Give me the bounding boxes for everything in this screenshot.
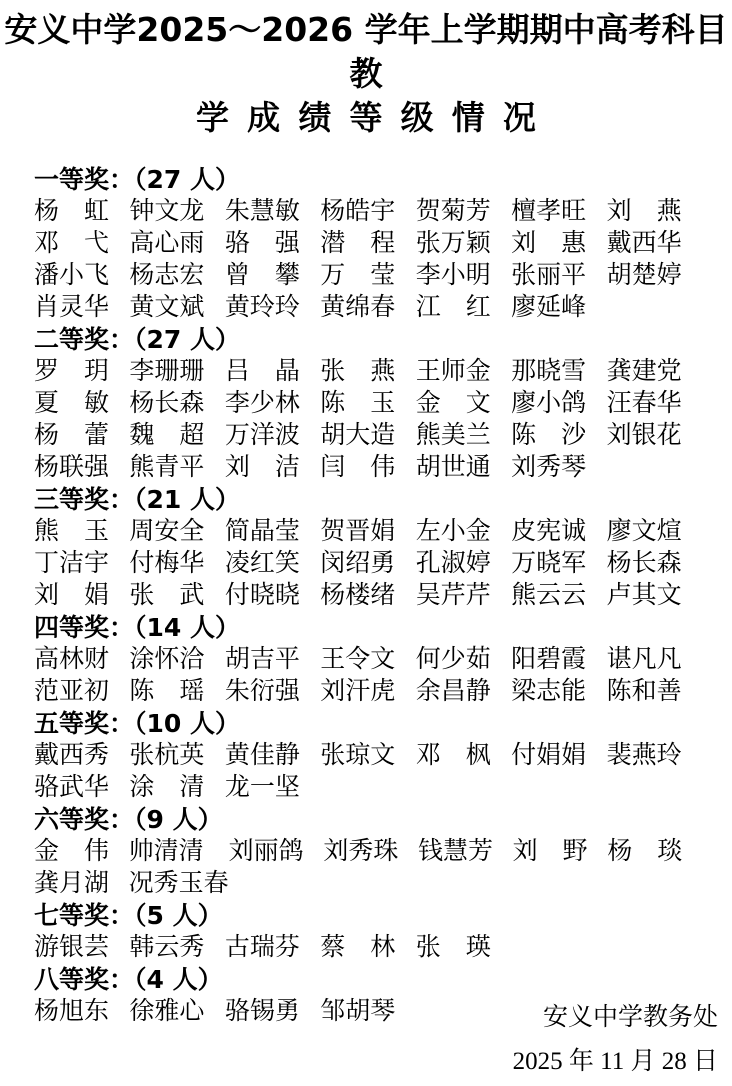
page-title-line1: 安义中学2025～2026 学年上学期期中高考科目教 — [0, 8, 732, 96]
award-section: 二等奖：（27 人） 罗 玥李珊珊吕 晶张 燕王师金那晓雪龚建党夏 敏杨长森李少… — [34, 324, 702, 484]
award-name: 陈 瑶 — [129, 676, 224, 708]
award-name: 朱衍强 — [225, 676, 320, 708]
award-name: 张琼文 — [320, 740, 415, 772]
award-name: 简晶莹 — [225, 516, 320, 548]
award-name: 陈 沙 — [511, 420, 606, 452]
award-name: 蔡 林 — [320, 932, 415, 964]
award-name: 汪春华 — [607, 388, 702, 420]
award-name: 张 燕 — [320, 356, 415, 388]
award-name: 吕 晶 — [225, 356, 320, 388]
award-name: 杨长森 — [129, 388, 224, 420]
award-name: 黄佳静 — [225, 740, 320, 772]
award-section-header: 三等奖：（21 人） — [34, 484, 702, 516]
page-title: 安义中学2025～2026 学年上学期期中高考科目教 学成绩等级情况 — [0, 0, 732, 140]
award-name: 阳碧霞 — [511, 644, 606, 676]
award-name: 邹胡琴 — [320, 996, 415, 1028]
award-name: 檀孝旺 — [511, 196, 606, 228]
award-name: 何少茹 — [416, 644, 511, 676]
award-name: 陈和善 — [607, 676, 702, 708]
award-name: 刘银花 — [607, 420, 702, 452]
footer-date: 2025 年 11 月 28 日 — [513, 1046, 718, 1078]
award-name: 潘小飞 — [34, 260, 129, 292]
award-name: 韩云秀 — [129, 932, 224, 964]
award-name: 戴西华 — [607, 228, 702, 260]
award-name: 钟文龙 — [129, 196, 224, 228]
award-name: 邓 弋 — [34, 228, 129, 260]
award-name: 游银芸 — [34, 932, 129, 964]
award-name: 邓 枫 — [416, 740, 511, 772]
award-name: 夏 敏 — [34, 388, 129, 420]
award-name: 刘 娟 — [34, 580, 129, 612]
award-name: 范亚初 — [34, 676, 129, 708]
award-name: 潜 程 — [320, 228, 415, 260]
award-name: 朱慧敏 — [225, 196, 320, 228]
award-name: 江 红 — [416, 292, 511, 324]
award-name: 李珊珊 — [129, 356, 224, 388]
award-name: 熊 玉 — [34, 516, 129, 548]
award-name: 贺晋娟 — [320, 516, 415, 548]
award-name: 付梅华 — [129, 548, 224, 580]
award-name: 骆 强 — [225, 228, 320, 260]
award-name: 万 莹 — [320, 260, 415, 292]
award-name: 闫 伟 — [320, 452, 415, 484]
award-section-header: 六等奖：（9 人） — [34, 804, 702, 836]
award-section-header: 四等奖：（14 人） — [34, 612, 702, 644]
award-name: 李小明 — [416, 260, 511, 292]
award-name: 杨皓宇 — [320, 196, 415, 228]
award-section-header: 二等奖：（27 人） — [34, 324, 702, 356]
award-section: 四等奖：（14 人） 高林财涂怀洽胡吉平王令文何少茹阳碧霞谌凡凡范亚初陈 瑶朱衍… — [34, 612, 702, 708]
award-name: 刘汗虎 — [320, 676, 415, 708]
award-name: 杨志宏 — [129, 260, 224, 292]
award-name: 高林财 — [34, 644, 129, 676]
award-name: 廖延峰 — [511, 292, 606, 324]
award-name: 戴西秀 — [34, 740, 129, 772]
award-section: 三等奖：（21 人） 熊 玉周安全简晶莹贺晋娟左小金皮宪诚廖文煊丁洁宇付梅华凌红… — [34, 484, 702, 612]
award-name: 余昌静 — [416, 676, 511, 708]
award-name: 梁志能 — [511, 676, 606, 708]
award-name: 吴芹芹 — [416, 580, 511, 612]
award-names-grid: 游银芸韩云秀古瑞芬蔡 林张 瑛 — [34, 932, 702, 964]
award-name: 胡吉平 — [225, 644, 320, 676]
award-names-grid: 熊 玉周安全简晶莹贺晋娟左小金皮宪诚廖文煊丁洁宇付梅华凌红笑闵绍勇孔淑婷万晓军杨… — [34, 516, 702, 612]
award-names-grid: 杨 虹钟文龙朱慧敏杨皓宇贺菊芳檀孝旺刘 燕邓 弋高心雨骆 强潜 程张万颖刘 惠戴… — [34, 196, 702, 324]
award-name: 涂 清 — [129, 772, 224, 804]
award-name: 张杭英 — [129, 740, 224, 772]
award-name: 钱慧芳 — [418, 836, 513, 868]
award-name: 皮宪诚 — [511, 516, 606, 548]
award-section-header: 八等奖：（4 人） — [34, 964, 702, 996]
award-section-header: 五等奖：（10 人） — [34, 708, 702, 740]
award-name: 涂怀洽 — [129, 644, 224, 676]
award-name: 杨长森 — [607, 548, 702, 580]
award-name: 刘 惠 — [511, 228, 606, 260]
award-name: 杨 虹 — [34, 196, 129, 228]
award-name: 闵绍勇 — [320, 548, 415, 580]
award-name: 杨楼绪 — [320, 580, 415, 612]
award-name: 丁洁宇 — [34, 548, 129, 580]
award-name: 徐雅心 — [129, 996, 224, 1028]
award-name: 熊青平 — [129, 452, 224, 484]
award-names-grid: 金 伟帅清清刘丽鸽刘秀珠钱慧芳刘 野杨 琰龚月湖况秀玉春 — [34, 836, 702, 900]
page-title-line2: 学成绩等级情况 — [0, 96, 732, 140]
award-name: 黄绵春 — [320, 292, 415, 324]
award-name: 帅清清 — [129, 836, 229, 868]
award-name: 骆武华 — [34, 772, 129, 804]
award-name: 付娟娟 — [511, 740, 606, 772]
award-name: 龙一坚 — [225, 772, 320, 804]
award-name: 胡楚婷 — [607, 260, 702, 292]
award-name: 胡大造 — [320, 420, 415, 452]
award-name: 刘秀琴 — [511, 452, 606, 484]
award-section: 七等奖：（5 人） 游银芸韩云秀古瑞芬蔡 林张 瑛 — [34, 900, 702, 964]
award-name: 张丽平 — [511, 260, 606, 292]
award-name: 孔淑婷 — [416, 548, 511, 580]
award-section: 五等奖：（10 人） 戴西秀张杭英黄佳静张琼文邓 枫付娟娟裴燕玲骆武华涂 清龙一… — [34, 708, 702, 804]
award-name: 刘丽鸽 — [229, 836, 324, 868]
award-name: 刘秀珠 — [323, 836, 418, 868]
award-names-grid: 戴西秀张杭英黄佳静张琼文邓 枫付娟娟裴燕玲骆武华涂 清龙一坚 — [34, 740, 702, 804]
award-section: 六等奖：（9 人） 金 伟帅清清刘丽鸽刘秀珠钱慧芳刘 野杨 琰龚月湖况秀玉春 — [34, 804, 702, 900]
award-name: 万洋波 — [225, 420, 320, 452]
award-name: 张万颖 — [416, 228, 511, 260]
document-page: 安义中学2025～2026 学年上学期期中高考科目教 学成绩等级情况 一等奖：（… — [0, 0, 732, 1086]
award-name: 张 瑛 — [416, 932, 511, 964]
award-name: 凌红笑 — [225, 548, 320, 580]
award-name: 肖灵华 — [34, 292, 129, 324]
award-name: 陈 玉 — [320, 388, 415, 420]
footer-organization: 安义中学教务处 — [513, 1002, 718, 1034]
award-name: 黄玲玲 — [225, 292, 320, 324]
footer: 安义中学教务处 2025 年 11 月 28 日 — [513, 1002, 718, 1078]
award-name: 李少林 — [225, 388, 320, 420]
award-name: 杨联强 — [34, 452, 129, 484]
award-name: 龚建党 — [607, 356, 702, 388]
award-name: 廖文煊 — [607, 516, 702, 548]
award-name: 左小金 — [416, 516, 511, 548]
award-name: 古瑞芬 — [225, 932, 320, 964]
award-name: 况秀玉春 — [129, 868, 229, 900]
award-name: 刘 燕 — [607, 196, 702, 228]
award-section-header: 一等奖：（27 人） — [34, 164, 702, 196]
award-name: 裴燕玲 — [607, 740, 702, 772]
award-name: 卢其文 — [607, 580, 702, 612]
award-name: 金 伟 — [34, 836, 129, 868]
award-name: 高心雨 — [129, 228, 224, 260]
award-name: 魏 超 — [129, 420, 224, 452]
award-name: 罗 玥 — [34, 356, 129, 388]
award-names-grid: 高林财涂怀洽胡吉平王令文何少茹阳碧霞谌凡凡范亚初陈 瑶朱衍强刘汗虎余昌静梁志能陈… — [34, 644, 702, 708]
award-name: 王师金 — [416, 356, 511, 388]
award-name: 龚月湖 — [34, 868, 129, 900]
award-name: 张 武 — [129, 580, 224, 612]
award-name: 熊云云 — [511, 580, 606, 612]
award-name: 金 文 — [416, 388, 511, 420]
award-name: 谌凡凡 — [607, 644, 702, 676]
award-name: 周安全 — [129, 516, 224, 548]
award-name: 万晓军 — [511, 548, 606, 580]
award-name: 廖小鸽 — [511, 388, 606, 420]
award-name: 熊美兰 — [416, 420, 511, 452]
award-name: 杨 蕾 — [34, 420, 129, 452]
award-name: 贺菊芳 — [416, 196, 511, 228]
award-name: 刘 野 — [513, 836, 608, 868]
award-name: 杨旭东 — [34, 996, 129, 1028]
award-name: 杨 琰 — [607, 836, 702, 868]
award-name: 付晓晓 — [225, 580, 320, 612]
award-name: 曾 攀 — [225, 260, 320, 292]
award-name: 骆锡勇 — [225, 996, 320, 1028]
award-sections: 一等奖：（27 人） 杨 虹钟文龙朱慧敏杨皓宇贺菊芳檀孝旺刘 燕邓 弋高心雨骆 … — [0, 164, 702, 1028]
award-name: 黄文斌 — [129, 292, 224, 324]
award-name: 那晓雪 — [511, 356, 606, 388]
award-section-header: 七等奖：（5 人） — [34, 900, 702, 932]
award-names-grid: 罗 玥李珊珊吕 晶张 燕王师金那晓雪龚建党夏 敏杨长森李少林陈 玉金 文廖小鸽汪… — [34, 356, 702, 484]
award-name: 刘 洁 — [225, 452, 320, 484]
award-name: 王令文 — [320, 644, 415, 676]
award-name: 胡世通 — [416, 452, 511, 484]
award-section: 一等奖：（27 人） 杨 虹钟文龙朱慧敏杨皓宇贺菊芳檀孝旺刘 燕邓 弋高心雨骆 … — [34, 164, 702, 324]
